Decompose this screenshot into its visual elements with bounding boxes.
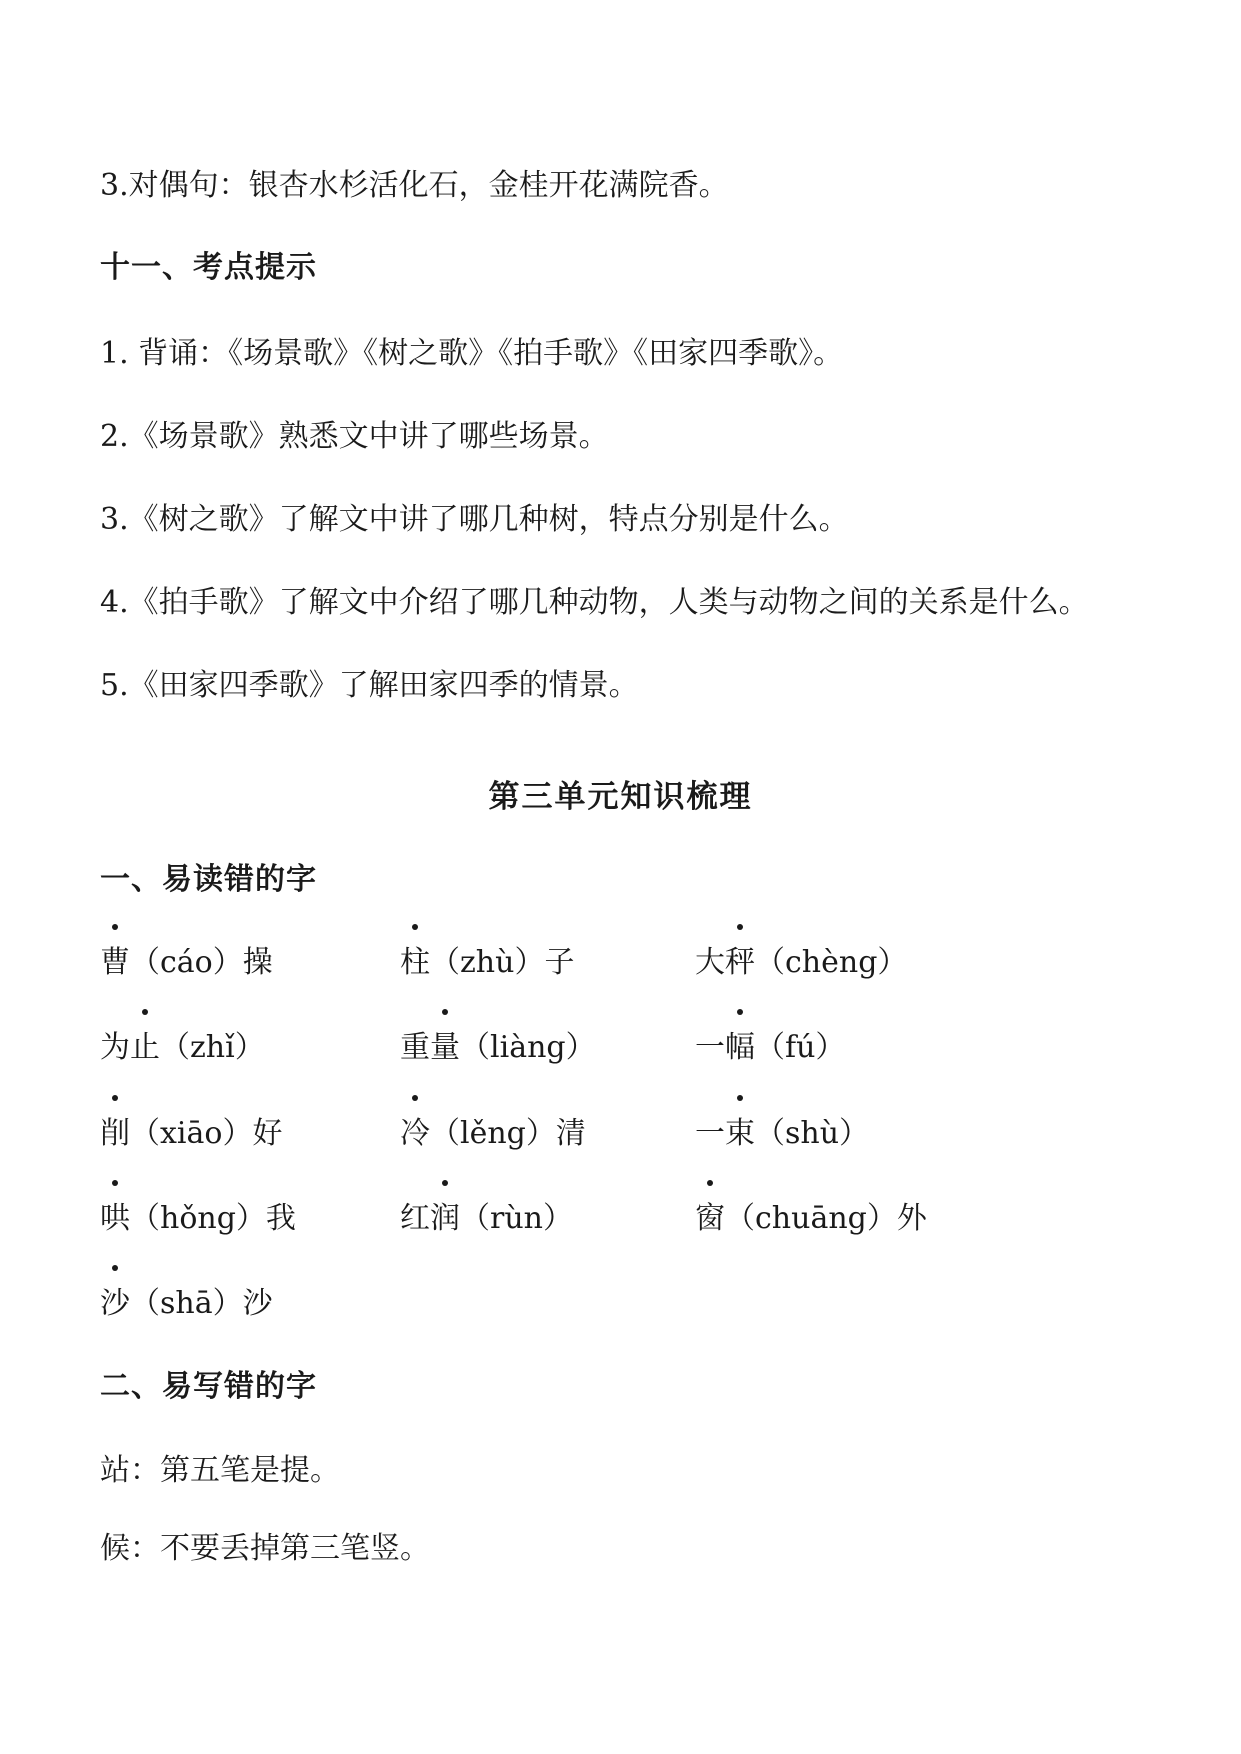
dotted-char: 削	[100, 1108, 130, 1152]
dotted-char: 润	[430, 1193, 460, 1237]
word-post: （liàng）	[460, 1030, 596, 1065]
dotted-char: 幅	[725, 1022, 755, 1066]
word-item: 哄（hǒng）我	[100, 1193, 296, 1237]
word-item: 红润（rùn）	[400, 1193, 573, 1237]
word-post: （hǒng）我	[130, 1201, 296, 1236]
word-post: （shā）沙	[130, 1286, 273, 1321]
section-yiducuo-title: 一、易读错的字	[100, 854, 317, 898]
word-pre: 一	[695, 1116, 725, 1151]
yixiecuo-note-1: 站：第五笔是提。	[100, 1445, 340, 1489]
word-post: （shù）	[755, 1116, 869, 1151]
dotted-char: 柱	[400, 937, 430, 981]
dotted-char: 量	[430, 1022, 460, 1066]
word-post: （xiāo）好	[130, 1116, 282, 1151]
kaodian-item-5: 5.《田家四季歌》了解田家四季的情景。	[100, 660, 639, 704]
word-pre: 一	[695, 1030, 725, 1065]
word-item: 冷（lěng）清	[400, 1108, 586, 1152]
word-post: （cáo）操	[130, 945, 273, 980]
word-item: 曹（cáo）操	[100, 937, 273, 981]
word-post: （chuāng）外	[725, 1201, 927, 1236]
unit3-title: 第三单元知识梳理	[0, 771, 1241, 816]
dotted-char: 束	[725, 1108, 755, 1152]
word-item: 大秤（chèng）	[695, 937, 907, 981]
word-post: （lěng）清	[430, 1116, 586, 1151]
word-pre: 大	[695, 945, 725, 980]
word-post: （chèng）	[755, 945, 907, 980]
word-post: （rùn）	[460, 1201, 573, 1236]
word-item: 柱（zhù）子	[400, 937, 574, 981]
document-page: 3.对偶句：银杏水杉活化石，金桂开花满院香。 十一、考点提示 1. 背诵：《场景…	[0, 0, 1241, 1754]
section-yixiecuo-title: 二、易写错的字	[100, 1361, 317, 1405]
yixiecuo-note-2: 候：不要丢掉第三笔竖。	[100, 1523, 430, 1567]
word-item: 窗（chuāng）外	[695, 1193, 927, 1237]
word-item: 削（xiāo）好	[100, 1108, 282, 1152]
kaodian-item-3: 3.《树之歌》了解文中讲了哪几种树，特点分别是什么。	[100, 494, 849, 538]
word-pre: 为	[100, 1030, 130, 1065]
dotted-char: 止	[130, 1022, 160, 1066]
word-pre: 红	[400, 1201, 430, 1236]
word-post: （zhù）子	[430, 945, 574, 980]
word-item: 沙（shā）沙	[100, 1278, 273, 1322]
word-post: （fú）	[755, 1030, 845, 1065]
dotted-char: 沙	[100, 1278, 130, 1322]
kaodian-item-1: 1. 背诵：《场景歌》《树之歌》《拍手歌》《田家四季歌》。	[100, 328, 843, 372]
duiouju-line: 3.对偶句：银杏水杉活化石，金桂开花满院香。	[100, 160, 729, 204]
word-item: 重量（liàng）	[400, 1022, 596, 1066]
dotted-char: 窗	[695, 1193, 725, 1237]
dotted-char: 哄	[100, 1193, 130, 1237]
word-pre: 重	[400, 1030, 430, 1065]
word-post: （zhǐ）	[160, 1030, 265, 1065]
word-item: 一束（shù）	[695, 1108, 869, 1152]
word-item: 一幅（fú）	[695, 1022, 845, 1066]
dotted-char: 秤	[725, 937, 755, 981]
dotted-char: 冷	[400, 1108, 430, 1152]
kaodian-item-4: 4.《拍手歌》了解文中介绍了哪几种动物，人类与动物之间的关系是什么。	[100, 577, 1089, 621]
word-item: 为止（zhǐ）	[100, 1022, 265, 1066]
dotted-char: 曹	[100, 937, 130, 981]
section-kaodian-title: 十一、考点提示	[100, 242, 317, 286]
kaodian-item-2: 2.《场景歌》熟悉文中讲了哪些场景。	[100, 411, 609, 455]
